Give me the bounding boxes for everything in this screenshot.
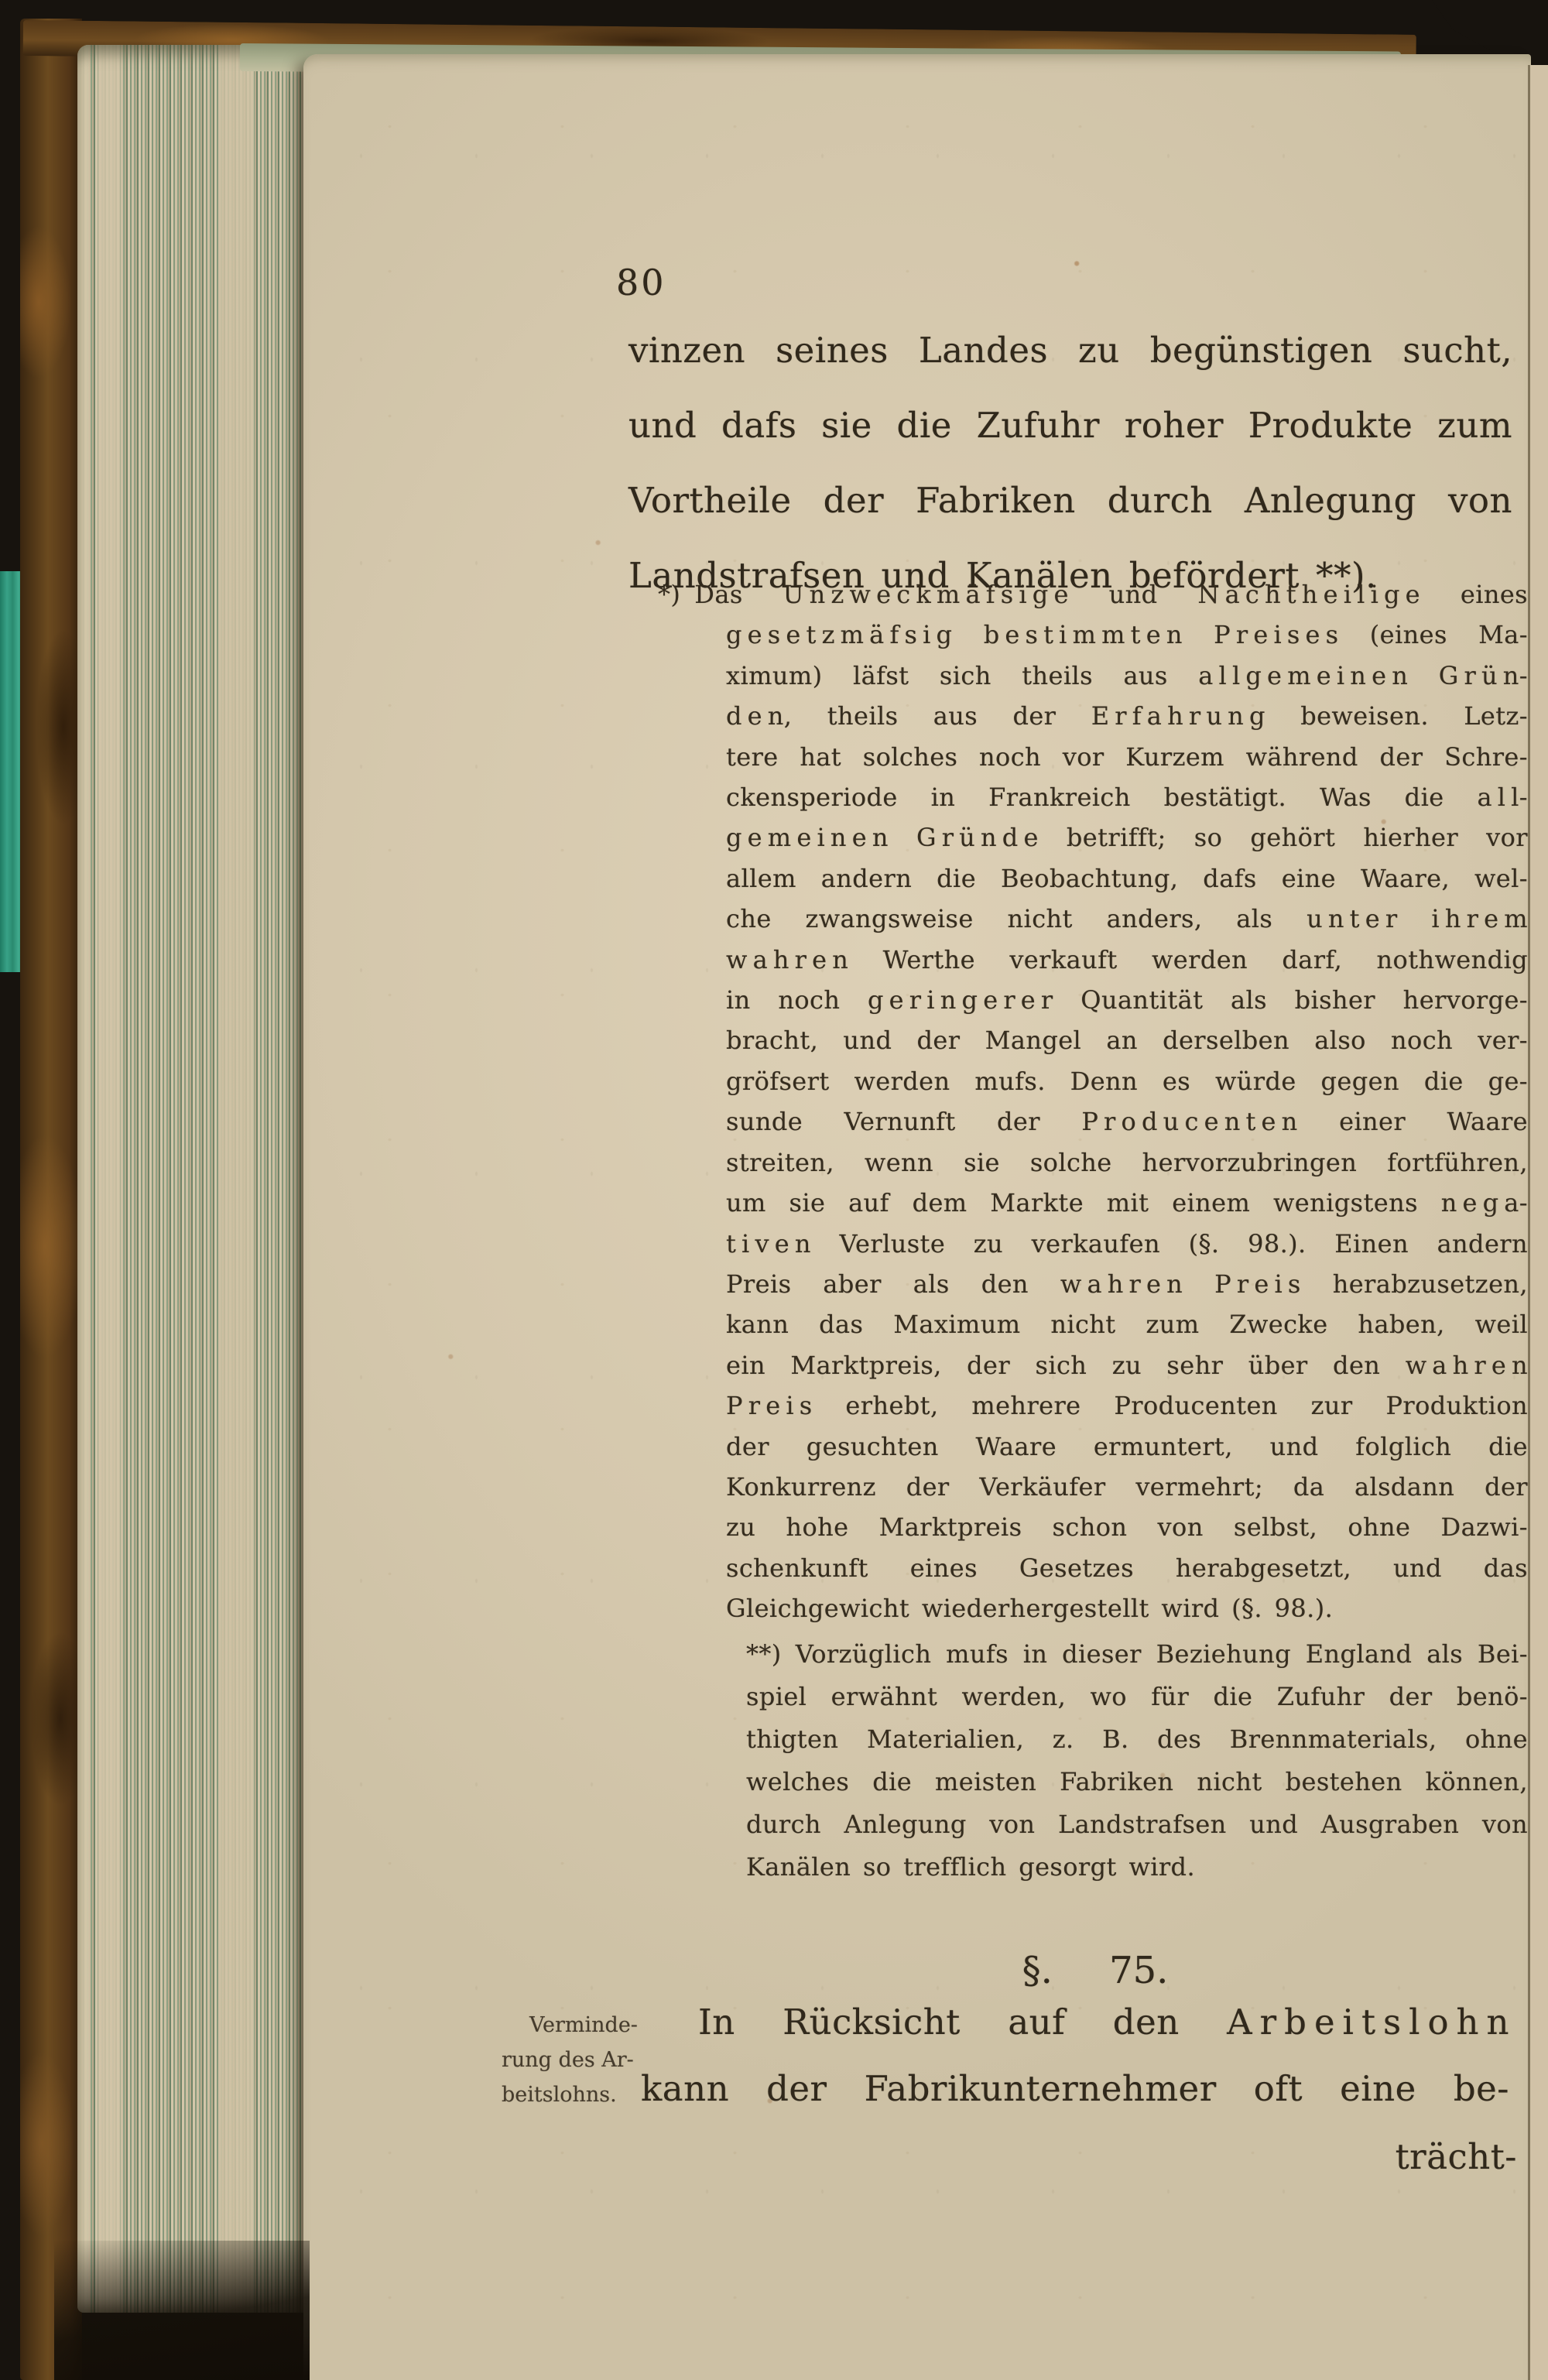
footnote-line: ein Marktpreis, der sich zu sehr über de… [658, 1345, 1528, 1385]
footnote-text: Das U n z w e c k m ä f s i g e und N a … [694, 580, 1528, 609]
footnote-line: der gesuchten Waare ermuntert, und folgl… [658, 1426, 1528, 1467]
footnote-line: schenkunft eines Gesetzes herabgesetzt, … [658, 1548, 1528, 1588]
margin-note-line: Verminde- [502, 2008, 697, 2043]
catchword: trächt- [1269, 2136, 1517, 2177]
next-page-edge [1528, 65, 1548, 2380]
footnote-line: kann das Maximum nicht zum Zwecke haben,… [658, 1304, 1528, 1344]
footnote-line: Gleichgewicht wiederhergestellt wird (§.… [658, 1588, 1528, 1628]
footnote-line: t i v e n Verluste zu verkaufen (§. 98.)… [658, 1224, 1528, 1264]
footnote-doublestar-marker: **) [746, 1639, 796, 1669]
book-scan-scene: 80 vinzen seines Landes zu begünstigen s… [0, 0, 1548, 2380]
footnote-line: d e n, theils aus der E r f a h r u n g … [658, 696, 1528, 736]
footnote-line: **)Vorzüglich mufs in dieser Beziehung E… [684, 1633, 1528, 1676]
footnote-line: streiten, wenn sie solche hervorzubringe… [658, 1142, 1528, 1183]
paragraph-line: vinzen seines Landes zu begünstigen such… [628, 313, 1512, 388]
footnote-line: bracht, und der Mangel an derselben also… [658, 1020, 1528, 1060]
footnote-line: sunde Vernunft der P r o d u c e n t e n… [658, 1101, 1528, 1142]
section-heading: §. 75. [708, 1949, 1482, 1992]
body-paragraph-line: In Rücksicht auf den A r b e i t s l o h… [698, 2002, 1509, 2043]
body-paragraph-line: kann der Fabrikunternehmer oft eine be- [641, 2068, 1509, 2109]
fanned-page-edges [77, 45, 303, 2313]
footnote-line: welches die meisten Fabriken nicht beste… [684, 1761, 1528, 1803]
footnote-line: che zwangsweise nicht anders, als u n t … [658, 899, 1528, 939]
footnote-line: in noch g e r i n g e r e r Quantität al… [658, 980, 1528, 1020]
footnote-star-marker: *) [658, 580, 694, 609]
footnote-line: spiel erwähnt werden, wo für die Zufuhr … [684, 1676, 1528, 1718]
footnote-line: tere hat solches noch vor Kurzem während… [658, 737, 1528, 777]
footnote-line: durch Anlegung von Landstrafsen und Ausg… [684, 1803, 1528, 1846]
footnote-line: thigten Materialien, z. B. des Brennmate… [684, 1718, 1528, 1761]
footnote-line: P r e i s erhebt, mehrere Producenten zu… [658, 1385, 1528, 1426]
footnote-line: allem andern die Beobachtung, dafs eine … [658, 858, 1528, 899]
footnote-line: g e s e t z m ä f s i g b e s t i m m t … [658, 615, 1528, 655]
footnote-line: Preis aber als den w a h r e n P r e i s… [658, 1264, 1528, 1304]
footnote-line: Konkurrenz der Verkäufer vermehrt; da al… [658, 1467, 1528, 1507]
footnote-line: Kanälen so trefflich gesorgt wird. [684, 1846, 1528, 1889]
book-cover-left [20, 19, 82, 2380]
footnote-line: *)Das U n z w e c k m ä f s i g e und N … [658, 574, 1528, 615]
footnote-line: g e m e i n e n G r ü n d e betrifft; so… [658, 817, 1528, 858]
footnote-doublestar: **)Vorzüglich mufs in dieser Beziehung E… [684, 1633, 1528, 1889]
footnote-line: ckensperiode in Frankreich bestätigt. Wa… [658, 777, 1528, 817]
page-edges-bottom-shadow [54, 2241, 310, 2380]
footnote-star: *)Das U n z w e c k m ä f s i g e und N … [658, 574, 1528, 1629]
footnote-line: gröfsert werden mufs. Denn es würde gege… [658, 1061, 1528, 1101]
main-paragraph: vinzen seines Landes zu begünstigen such… [628, 313, 1512, 613]
footnote-line: w a h r e n Werthe verkauft werden darf,… [658, 940, 1528, 980]
footnote-line: ximum) läfst sich theils aus a l l g e m… [658, 656, 1528, 696]
footnote-line: zu hohe Marktpreis schon von selbst, ohn… [658, 1507, 1528, 1547]
page-number: 80 [616, 262, 709, 303]
footnote-line: um sie auf dem Markte mit einem wenigste… [658, 1183, 1528, 1223]
paragraph-line: Vortheile der Fabriken durch Anlegung vo… [628, 463, 1512, 538]
paragraph-line: und dafs sie die Zufuhr roher Produkte z… [628, 388, 1512, 463]
footnote-text: Vorzüglich mufs in dieser Beziehung Engl… [796, 1639, 1528, 1669]
